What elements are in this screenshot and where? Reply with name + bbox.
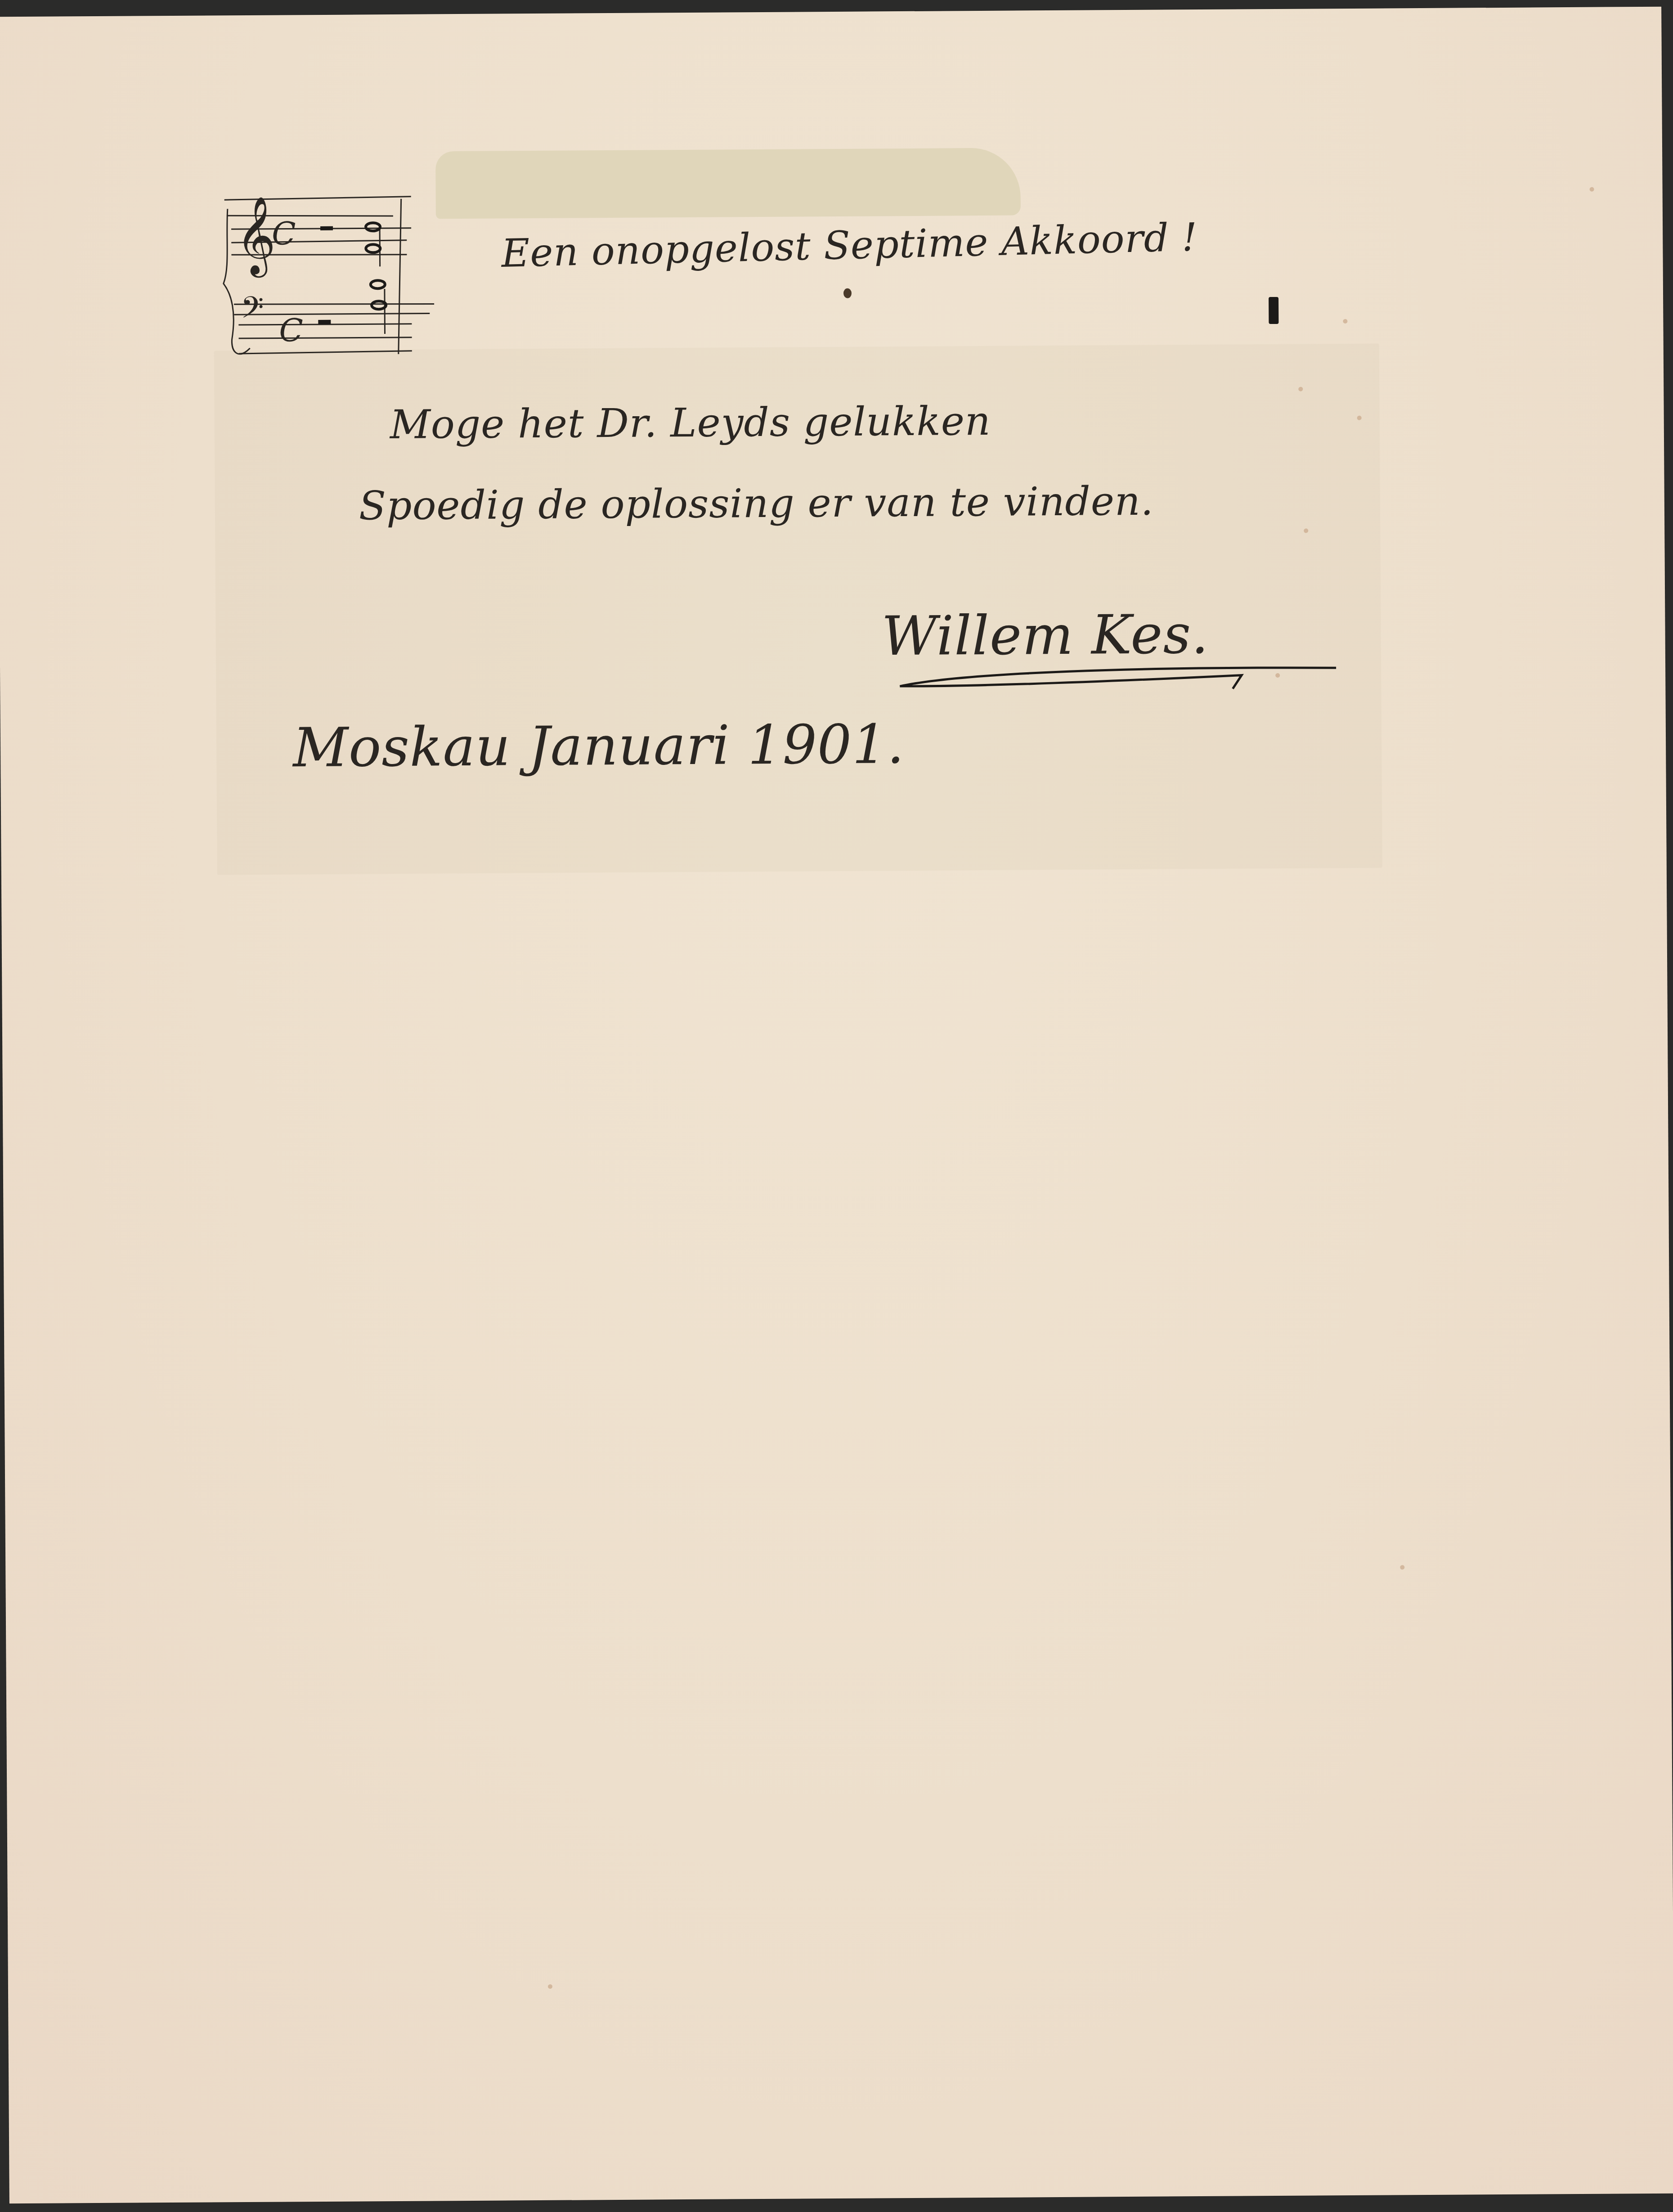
seventh-chord-notes (366, 223, 386, 309)
ink-mark (1269, 297, 1278, 324)
signature-flourish (873, 656, 1341, 695)
handwritten-line-3: Spoedig de oplossing er van te vinden. (359, 478, 1154, 529)
paper-speck (1357, 416, 1362, 420)
bass-clef-icon: 𝄢 (241, 290, 264, 332)
handwritten-line-2: Moge het Dr. Leyds gelukken (390, 398, 991, 448)
paper-speck (548, 1984, 552, 1989)
place-date: Moskau Januari 1901. (293, 713, 905, 779)
music-notation: 𝄞 𝄢 C C (217, 176, 452, 357)
ink-blot (843, 288, 852, 298)
time-signature-treble: C (272, 215, 296, 252)
document-page: 𝄞 𝄢 C C Een onopgelost Septime Akkoord !… (0, 7, 1673, 2204)
paper-speck (1304, 529, 1308, 533)
rest-bass (318, 320, 331, 324)
paper-speck (1400, 1565, 1404, 1569)
treble-clef-icon: 𝄞 (236, 196, 276, 279)
paper-speck (1590, 187, 1594, 192)
handwritten-line-1: Een onopgelost Septime Akkoord ! (501, 215, 1198, 276)
time-signature-bass: C (279, 312, 303, 349)
paper-speck (1275, 673, 1280, 678)
rest-treble (320, 226, 333, 230)
tape-stain (435, 148, 1021, 219)
paper-speck (1298, 387, 1303, 391)
paper-speck (1343, 319, 1347, 324)
